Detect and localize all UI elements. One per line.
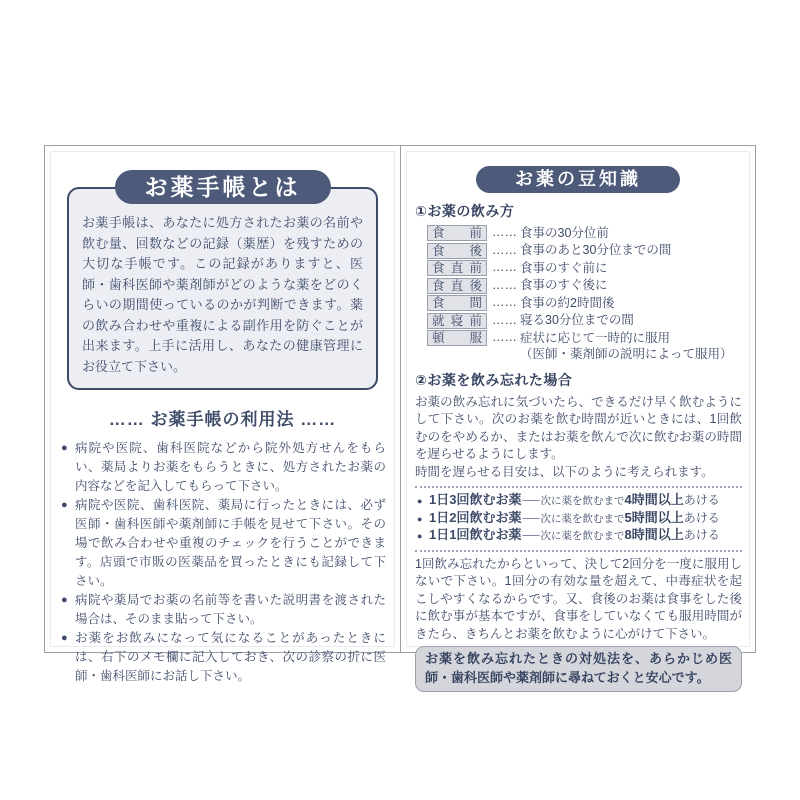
page-medicine-tips: お薬の豆知識 ①お薬の飲み方 食前 …… 食事の30分位前 食後 …… 食事のあ… [400,146,755,652]
leader-dots: …… [492,330,517,345]
page-title: お薬手帳とは [145,174,301,200]
dose-timing-table: 食前 …… 食事の30分位前 食後 …… 食事のあと30分位までの間 食直前 …… [427,225,742,362]
interval-prefix: 次に薬を飲むまで [540,528,624,545]
table-row: 頓服 …… 症状に応じて一時的に服用 （医師・薬剤師の説明によって服用） [427,330,742,362]
dotted-divider [415,486,742,488]
interval-suffix: あける [684,527,720,544]
timing-description: 症状に応じて一時的に服用 （医師・薬剤師の説明によって服用） [520,330,733,362]
bullet-icon: ● [61,591,75,629]
list-item-text: 病院や薬局でお薬の名前等を書いた説明書を渡された場合は、そのまま貼って下さい。 [75,591,386,629]
interval-suffix: あける [684,492,720,509]
timing-description: 寝る30分位までの間 [520,313,634,329]
leader-dots: …… [492,225,517,240]
leader-dots: …… [492,260,517,275]
interval-suffix: あける [684,510,720,527]
interval-prefix: 次に薬を飲むまで [540,493,624,510]
bullet-icon: ● [61,439,75,496]
bullet-icon: ● [61,496,75,591]
table-row: 食間 …… 食事の約2時間後 [427,295,742,311]
timing-label-cell: 食間 [427,295,487,311]
bullet-icon: ● [417,528,429,545]
two-page-spread: お薬手帳とは お薬手帳は、あなたに処方されたお薬の名前や飲む量、回数などの記録（… [44,145,756,653]
table-row: 食後 …… 食事のあと30分位までの間 [427,243,742,259]
dotted-divider [415,550,742,552]
list-item-text: お薬をお飲みになって気になることがあったときには、右下のメモ欄に記入しておき、次… [75,629,386,686]
leader-dots: …… [492,295,517,310]
bullet-icon: ● [417,511,429,528]
dose-frequency: 1日2回飲むお薬 [429,510,521,527]
forget-paragraph-1: お薬の飲み忘れに気づいたら、できるだけ早く飲むようにして下さい。次のお薬を飲む時… [415,394,742,464]
interval-rule-item: ● 1日2回飲むお薬 ── 次に薬を飲むまで 5時間以上 あける [417,510,742,528]
list-item: ● 病院や医院、歯科医院、薬局に行ったときには、必ず医師・歯科医師や薬剤師に手帳… [61,496,386,591]
dose-frequency: 1日3回飲むお薬 [429,492,521,509]
usage-list: ● 病院や医院、歯科医院などから院外処方せんをもらい、薬局よりお薬をもらうときに… [61,439,386,686]
section2-heading: ②お薬を飲み忘れた場合 [415,370,742,390]
timing-description-line2: （医師・薬剤師の説明によって服用） [520,347,733,362]
bullet-icon: ● [417,493,429,510]
timing-label-cell: 食直後 [427,278,487,294]
caution-paragraph: 1回飲み忘れたからといって、決して2回分を一度に服用しないで下さい。1回分の有効… [415,556,742,644]
timing-description: 食事のすぐ後に [520,278,608,294]
interval-hours: 5時間以上 [624,510,683,527]
list-item-text: 病院や医院、歯科医院などから院外処方せんをもらい、薬局よりお薬をもらうときに、処… [75,439,386,496]
timing-description-line1: 症状に応じて一時的に服用 [520,331,733,346]
table-row: 就寝前 …… 寝る30分位までの間 [427,313,742,329]
timing-label-cell: 食前 [427,225,487,241]
leader-dots: …… [492,278,517,293]
intro-text: お薬手帳は、あなたに処方されたお薬の名前や飲む量、回数などの記録（薬歴）を残すた… [82,213,363,377]
dose-frequency: 1日1回飲むお薬 [429,527,521,544]
booklet-spread-scan: お薬手帳とは お薬手帳は、あなたに処方されたお薬の名前や飲む量、回数などの記録（… [0,0,800,800]
dash-line: ── [522,492,539,509]
leader-dots: …… [492,313,517,328]
list-item-text: 病院や医院、歯科医院、薬局に行ったときには、必ず医師・歯科医師や薬剤師に手帳を見… [75,496,386,591]
page-what-is-medicine-notebook: お薬手帳とは お薬手帳は、あなたに処方されたお薬の名前や飲む量、回数などの記録（… [45,146,400,652]
interval-rule-list: ● 1日3回飲むお薬 ── 次に薬を飲むまで 4時間以上 あける ● 1日2回飲… [417,492,742,545]
intro-box: お薬手帳は、あなたに処方されたお薬の名前や飲む量、回数などの記録（薬歴）を残すた… [67,187,378,390]
section1-heading: ①お薬の飲み方 [415,201,742,221]
table-row: 食前 …… 食事の30分位前 [427,225,742,241]
right-page-content: ①お薬の飲み方 食前 …… 食事の30分位前 食後 …… 食事のあと30分位まで… [401,201,755,692]
dash-line: ── [522,527,539,544]
bullet-icon: ● [61,629,75,686]
table-row: 食直後 …… 食事のすぐ後に [427,278,742,294]
interval-hours: 4時間以上 [624,492,683,509]
timing-description: 食事のすぐ前に [520,260,608,276]
forget-paragraph-2: 時間を遅らせる目安は、以下のように考えられます。 [415,464,742,482]
interval-prefix: 次に薬を飲むまで [540,511,624,528]
advice-note-box: お薬を飲み忘れたときの対処法を、あらかじめ医師・歯科医師や薬剤師に尋ねておくと安… [415,646,742,692]
list-item: ● 病院や薬局でお薬の名前等を書いた説明書を渡された場合は、そのまま貼って下さい… [61,591,386,629]
interval-rule-item: ● 1日1回飲むお薬 ── 次に薬を飲むまで 8時間以上 あける [417,527,742,545]
usage-section-heading: …… お薬手帳の利用法 …… [45,405,400,430]
table-row: 食直前 …… 食事のすぐ前に [427,260,742,276]
leader-dots: …… [492,243,517,258]
interval-rule-item: ● 1日3回飲むお薬 ── 次に薬を飲むまで 4時間以上 あける [417,492,742,510]
list-item: ● お薬をお飲みになって気になることがあったときには、右下のメモ欄に記入しておき… [61,629,386,686]
dash-line: ── [522,510,539,527]
timing-description: 食事の30分位前 [520,225,609,241]
timing-label-cell: 食直前 [427,260,487,276]
page-title-pill: お薬手帳とは [115,170,331,204]
timing-label-cell: 頓服 [427,330,487,346]
interval-hours: 8時間以上 [624,527,683,544]
timing-label-cell: 食後 [427,243,487,259]
page-title: お薬の豆知識 [515,169,641,189]
timing-description: 食事のあと30分位までの間 [520,243,671,259]
timing-label-cell: 就寝前 [427,313,487,329]
timing-description: 食事の約2時間後 [520,295,614,311]
page-title-pill: お薬の豆知識 [476,166,680,193]
list-item: ● 病院や医院、歯科医院などから院外処方せんをもらい、薬局よりお薬をもらうときに… [61,439,386,496]
